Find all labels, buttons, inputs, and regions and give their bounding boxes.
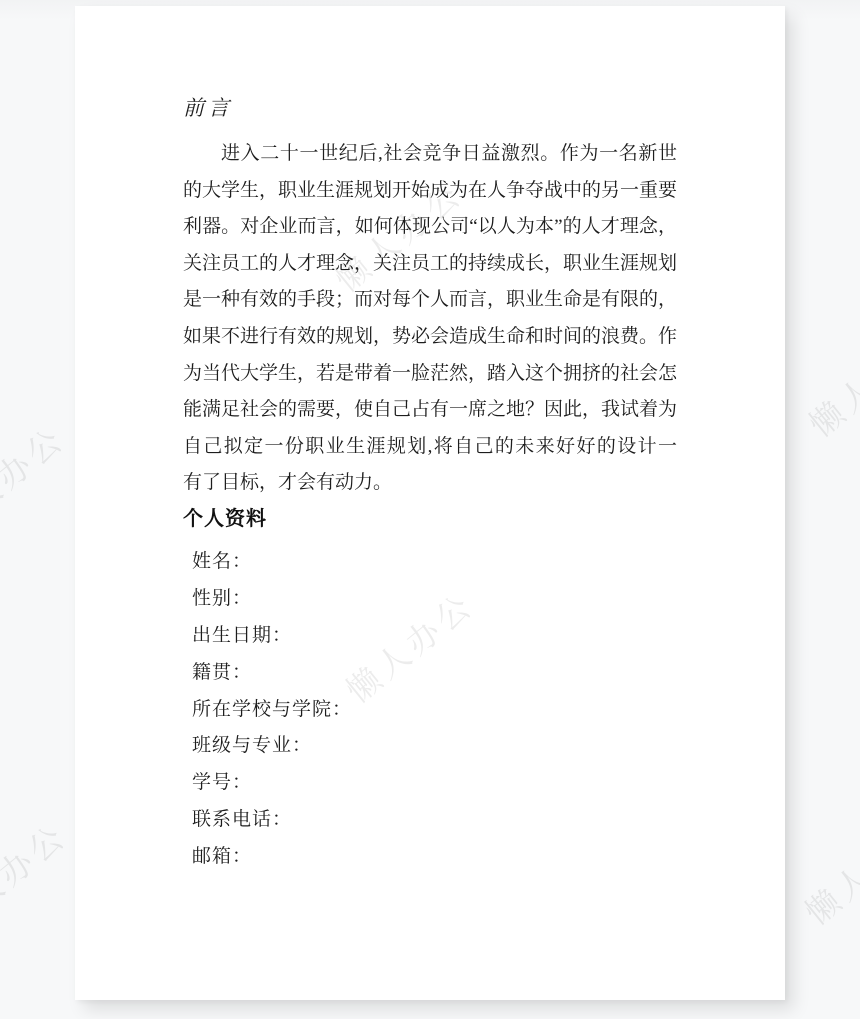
field-label-email: 邮箱：: [192, 839, 672, 876]
paragraph-line: 关注员工的人才理念，关注员工的持续成长，职业生涯规划: [183, 246, 677, 283]
preface-title: 前言: [183, 92, 233, 122]
watermark-text: 懒人办公: [0, 811, 76, 943]
field-label-name: 姓名：: [192, 544, 672, 581]
paragraph-line: 能满足社会的需要，使自己占有一席之地？因此，我试着为: [183, 392, 677, 429]
watermark-text: 懒人办公: [794, 802, 860, 934]
paragraph-line: 利器。对企业而言，如何体现公司“以人为本”的人才理念，: [183, 209, 677, 246]
document-canvas: 前言 进入二十一世纪后,社会竞争日益激烈。作为一名新世纪 的大学生，职业生涯规划…: [0, 0, 860, 1019]
paragraph-line: 有了目标，才会有动力。: [183, 465, 677, 502]
field-label-student-id: 学号：: [192, 765, 672, 802]
field-label-birthdate: 出生日期：: [192, 618, 672, 655]
paragraph-line: 是一种有效的手段；而对每个人而言，职业生命是有限的，: [183, 282, 677, 319]
preface-paragraph: 进入二十一世纪后,社会竞争日益激烈。作为一名新世纪 的大学生，职业生涯规划开始成…: [183, 136, 677, 502]
field-label-hometown: 籍贯：: [192, 655, 672, 692]
section-heading-personal-info: 个人资料: [183, 502, 267, 531]
paragraph-line: 的大学生，职业生涯规划开始成为在人争夺战中的另一重要: [183, 173, 677, 210]
paragraph-line: 为当代大学生，若是带着一脸茫然，踏入这个拥挤的社会怎: [183, 356, 677, 393]
personal-info-fields: 姓名： 性别： 出生日期： 籍贯： 所在学校与学院： 班级与专业： 学号： 联系…: [192, 544, 672, 876]
paragraph-line: 自己拟定一份职业生涯规划,将自己的未来好好的设计一下。: [183, 429, 677, 466]
paragraph-line: 进入二十一世纪后,社会竞争日益激烈。作为一名新世纪: [183, 136, 677, 173]
watermark-text: 懒人办公: [798, 314, 860, 446]
paragraph-line: 如果不进行有效的规划，势必会造成生命和时间的浪费。作: [183, 319, 677, 356]
field-label-phone: 联系电话：: [192, 802, 672, 839]
field-label-gender: 性别：: [192, 581, 672, 618]
watermark-text: 懒人办公: [0, 414, 74, 546]
field-label-school: 所在学校与学院：: [192, 692, 672, 729]
field-label-class-major: 班级与专业：: [192, 728, 672, 765]
document-page: 前言 进入二十一世纪后,社会竞争日益激烈。作为一名新世纪 的大学生，职业生涯规划…: [75, 6, 785, 1000]
